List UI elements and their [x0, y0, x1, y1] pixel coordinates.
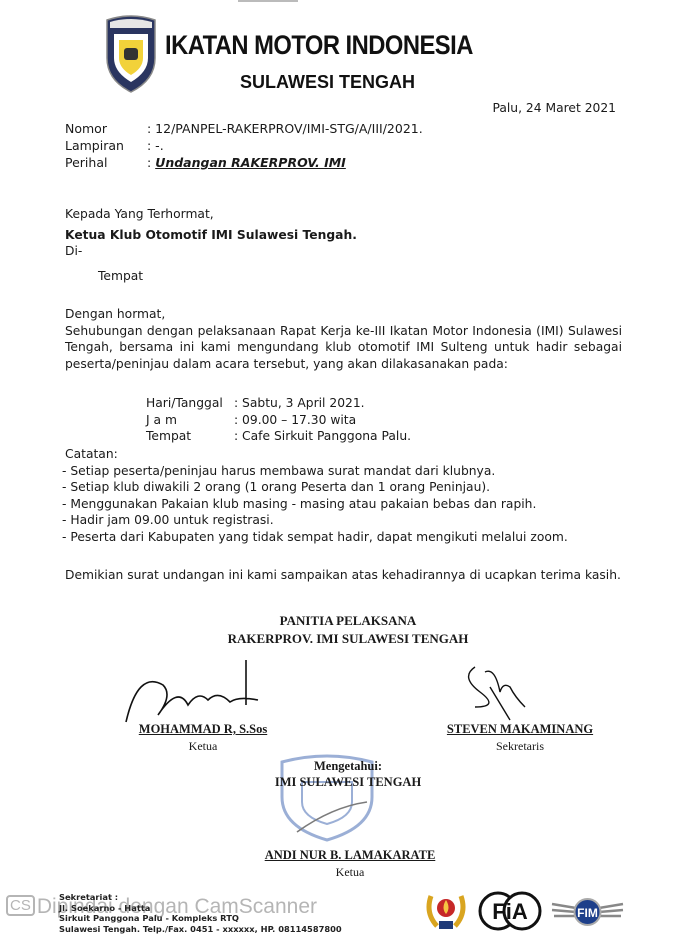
- meta-nomor: Nomor : 12/PANPEL-RAKERPROV/IMI-STG/A/II…: [65, 120, 423, 137]
- letter-meta: Nomor : 12/PANPEL-RAKERPROV/IMI-STG/A/II…: [65, 120, 423, 171]
- koni-logo-icon: [425, 888, 467, 934]
- notes-block: Catatan: - Setiap peserta/peninjau harus…: [62, 446, 568, 545]
- note-item: - Peserta dari Kabupaten yang tidak semp…: [62, 529, 568, 546]
- signatory-secretary: STEVEN MAKAMINANG Sekretaris: [420, 722, 620, 754]
- recipient-name: Ketua Klub Otomotif IMI Sulawesi Tengah.: [65, 227, 357, 244]
- svg-text:FiA: FiA: [492, 899, 528, 924]
- signature-chairman-icon: [118, 660, 308, 730]
- note-item: - Setiap klub diwakili 2 orang (1 orang …: [62, 479, 568, 496]
- imi-shield-logo-icon: [104, 14, 158, 94]
- signature-secretary-icon: [455, 662, 535, 722]
- org-region: SULAWESI TENGAH: [240, 72, 415, 93]
- scan-edge-mark: [238, 0, 298, 2]
- subject: Undangan RAKERPROV. IMI: [155, 155, 346, 170]
- acknowledged-heading: Mengetahui: IMI SULAWESI TENGAH: [0, 758, 696, 790]
- note-item: - Setiap peserta/peninjau harus membawa …: [62, 463, 568, 480]
- fim-logo-icon: FIM: [550, 888, 625, 934]
- signatory-acknowledger: ANDI NUR B. LAMAKARATE Ketua: [230, 848, 470, 880]
- fia-logo-icon: FiA: [478, 888, 542, 934]
- event-schedule: Hari/Tanggal: Sabtu, 3 April 2021. J a m…: [146, 395, 411, 445]
- letter-body: Dengan hormat, Sehubungan dengan pelaksa…: [65, 306, 622, 372]
- invitation-paragraph: Sehubungan dengan pelaksanaan Rapat Kerj…: [65, 323, 622, 373]
- recipient-block: Kepada Yang Terhormat, Ketua Klub Otomot…: [65, 206, 357, 284]
- committee-heading: PANITIA PELAKSANA RAKERPROV. IMI SULAWES…: [0, 612, 696, 648]
- meta-lampiran: Lampiran : -.: [65, 137, 423, 154]
- svg-text:FIM: FIM: [577, 906, 598, 920]
- camscanner-badge-icon: CS: [6, 895, 35, 916]
- signatory-chairman: MOHAMMAD R, S.Sos Ketua: [118, 722, 288, 754]
- closing-paragraph: Demikian surat undangan ini kami sampaik…: [65, 567, 622, 584]
- meta-perihal: Perihal : Undangan RAKERPROV. IMI: [65, 154, 423, 171]
- letter-date: Palu, 24 Maret 2021: [492, 100, 616, 117]
- note-item: - Hadir jam 09.00 untuk registrasi.: [62, 512, 568, 529]
- secretariat-footer: Sekretariat : Jl. Soekarno - Hatta Sirku…: [59, 892, 342, 934]
- org-name: IKATAN MOTOR INDONESIA: [165, 30, 473, 61]
- note-item: - Menggunakan Pakaian klub masing - masi…: [62, 496, 568, 513]
- notes-title: Catatan:: [62, 446, 568, 463]
